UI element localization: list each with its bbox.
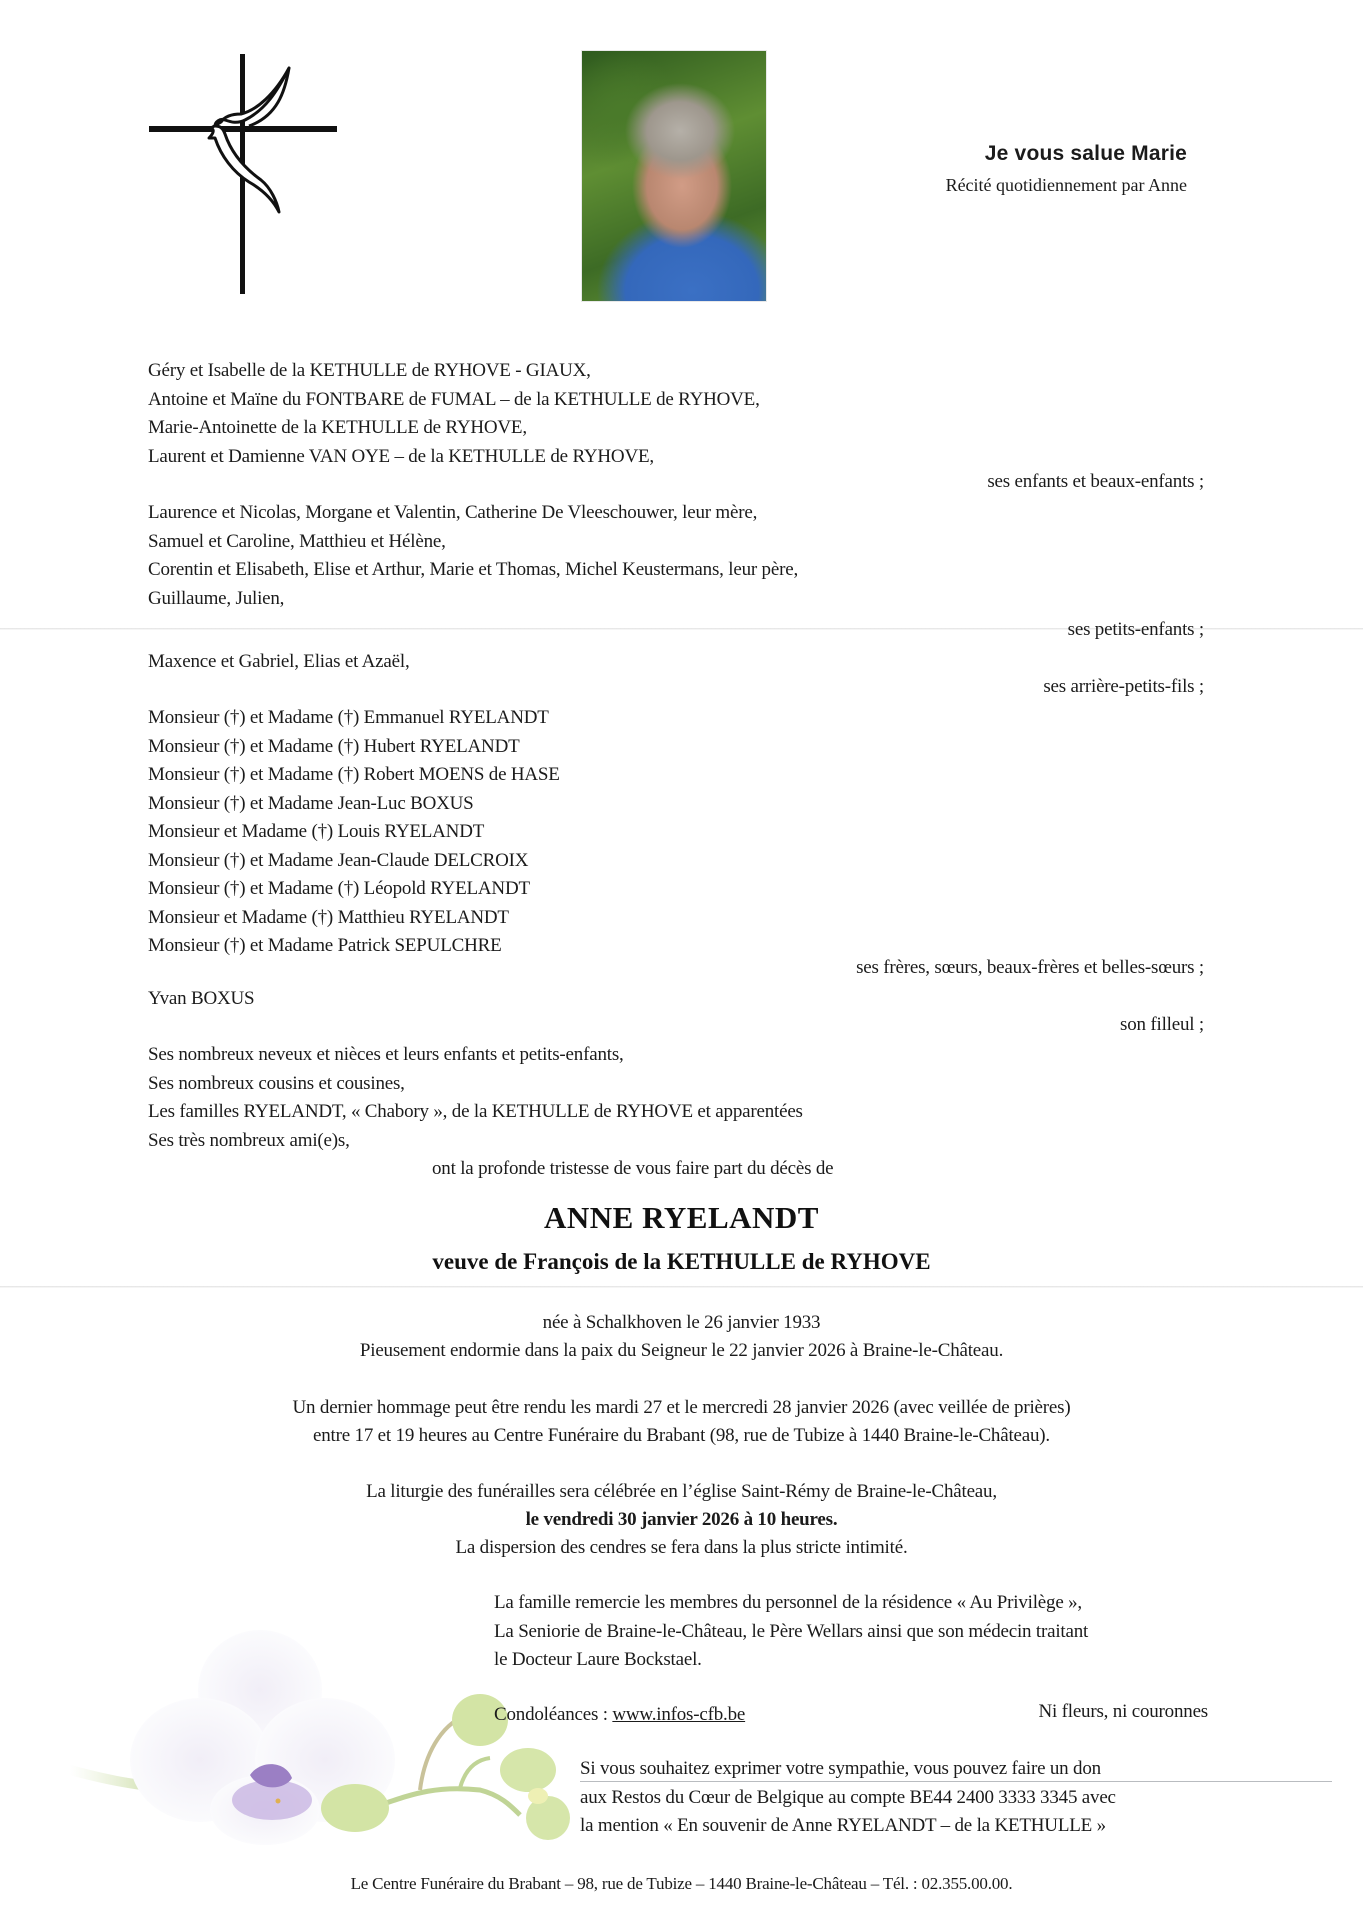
family-line: Corentin et Elisabeth, Elise et Arthur, … bbox=[148, 556, 798, 585]
family-line: Monsieur (†) et Madame (†) Hubert RYELAN… bbox=[148, 733, 560, 762]
great-grandchildren-list: Maxence et Gabriel, Elias et Azaël, bbox=[148, 648, 410, 677]
cross-with-dove-icon bbox=[145, 52, 345, 297]
funeral-line: La dispersion des cendres se fera dans l… bbox=[0, 1534, 1363, 1563]
others-list: Ses nombreux neveux et nièces et leurs e… bbox=[148, 1041, 803, 1155]
family-line: Monsieur (†) et Madame (†) Emmanuel RYEL… bbox=[148, 704, 560, 733]
family-line: Marie-Antoinette de la KETHULLE de RYHOV… bbox=[148, 414, 760, 443]
prayer-title: Je vous salue Marie bbox=[985, 142, 1187, 166]
no-flowers-note: Ni fleurs, ni couronnes bbox=[1038, 1701, 1208, 1723]
visitation-line: entre 17 et 19 heures au Centre Funérair… bbox=[0, 1422, 1363, 1451]
great-grandchildren-label: ses arrière-petits-fils ; bbox=[1043, 676, 1204, 698]
thanks-line: le Docteur Laure Bockstael. bbox=[494, 1646, 1088, 1675]
family-line: Monsieur (†) et Madame Jean-Claude DELCR… bbox=[148, 847, 560, 876]
condolences-link[interactable]: www.infos-cfb.be bbox=[612, 1704, 745, 1725]
godson-list: Yvan BOXUS bbox=[148, 985, 254, 1014]
family-line: Maxence et Gabriel, Elias et Azaël, bbox=[148, 648, 410, 677]
family-line: Monsieur et Madame (†) Louis RYELANDT bbox=[148, 818, 560, 847]
family-line: Ses nombreux neveux et nièces et leurs e… bbox=[148, 1041, 803, 1070]
death-line: Pieusement endormie dans la paix du Seig… bbox=[0, 1337, 1363, 1366]
grandchildren-list: Laurence et Nicolas, Morgane et Valentin… bbox=[148, 499, 798, 613]
family-line: Yvan BOXUS bbox=[148, 985, 254, 1014]
footer-address: Le Centre Funéraire du Brabant – 98, rue… bbox=[0, 1870, 1363, 1899]
siblings-label: ses frères, sœurs, beaux-frères et belle… bbox=[856, 957, 1204, 979]
family-line: Laurence et Nicolas, Morgane et Valentin… bbox=[148, 499, 798, 528]
children-label: ses enfants et beaux-enfants ; bbox=[987, 471, 1204, 493]
family-line: Monsieur (†) et Madame Patrick SEPULCHRE bbox=[148, 932, 560, 961]
godson-label: son filleul ; bbox=[1120, 1014, 1204, 1036]
family-line: Ses très nombreux ami(e)s, bbox=[148, 1127, 803, 1156]
family-line: Monsieur (†) et Madame (†) Léopold RYELA… bbox=[148, 875, 560, 904]
family-line: Géry et Isabelle de la KETHULLE de RYHOV… bbox=[148, 357, 760, 386]
fold-line bbox=[0, 1286, 1363, 1288]
thanks-line: La famille remercie les membres du perso… bbox=[494, 1589, 1088, 1618]
thanks-line: La Seniorie de Braine-le-Château, le Pèr… bbox=[494, 1618, 1088, 1647]
siblings-list: Monsieur (†) et Madame (†) Emmanuel RYEL… bbox=[148, 704, 560, 961]
donation-line: la mention « En souvenir de Anne RYELAND… bbox=[580, 1812, 1116, 1841]
grandchildren-label: ses petits-enfants ; bbox=[1068, 619, 1204, 641]
divider bbox=[580, 1781, 1332, 1782]
family-line: Monsieur (†) et Madame (†) Robert MOENS … bbox=[148, 761, 560, 790]
family-line: Samuel et Caroline, Matthieu et Hélène, bbox=[148, 528, 798, 557]
announcement: ont la profonde tristesse de vous faire … bbox=[432, 1155, 833, 1184]
thanks-block: La famille remercie les membres du perso… bbox=[494, 1589, 1088, 1675]
deceased-name: ANNE RYELANDT bbox=[0, 1200, 1363, 1236]
funeral-date: le vendredi 30 janvier 2026 à 10 heures. bbox=[0, 1506, 1363, 1535]
prayer-subtitle: Récité quotidiennement par Anne bbox=[946, 175, 1187, 196]
donation-line: aux Restos du Cœur de Belgique au compte… bbox=[580, 1784, 1116, 1813]
children-list: Géry et Isabelle de la KETHULLE de RYHOV… bbox=[148, 357, 760, 471]
donation-block: Si vous souhaitez exprimer votre sympath… bbox=[580, 1755, 1116, 1841]
visitation-line: Un dernier hommage peut être rendu les m… bbox=[0, 1394, 1363, 1423]
family-line: Guillaume, Julien, bbox=[148, 585, 798, 614]
family-line: Les familles RYELANDT, « Chabory », de l… bbox=[148, 1098, 803, 1127]
family-line: Antoine et Maïne du FONTBARE de FUMAL – … bbox=[148, 386, 760, 415]
deceased-subtitle: veuve de François de la KETHULLE de RYHO… bbox=[0, 1249, 1363, 1275]
family-line: Monsieur et Madame (†) Matthieu RYELANDT bbox=[148, 904, 560, 933]
condolences-label: Condoléances : bbox=[494, 1704, 612, 1725]
donation-line: Si vous souhaitez exprimer votre sympath… bbox=[580, 1755, 1116, 1784]
birth-line: née à Schalkhoven le 26 janvier 1933 bbox=[0, 1309, 1363, 1338]
portrait-photo bbox=[581, 50, 767, 302]
condolences-line: Condoléances : www.infos-cfb.be bbox=[494, 1701, 745, 1730]
funeral-line: La liturgie des funérailles sera célébré… bbox=[0, 1478, 1363, 1507]
family-line: Monsieur (†) et Madame Jean-Luc BOXUS bbox=[148, 790, 560, 819]
family-line: Laurent et Damienne VAN OYE – de la KETH… bbox=[148, 443, 760, 472]
family-line: Ses nombreux cousins et cousines, bbox=[148, 1070, 803, 1099]
